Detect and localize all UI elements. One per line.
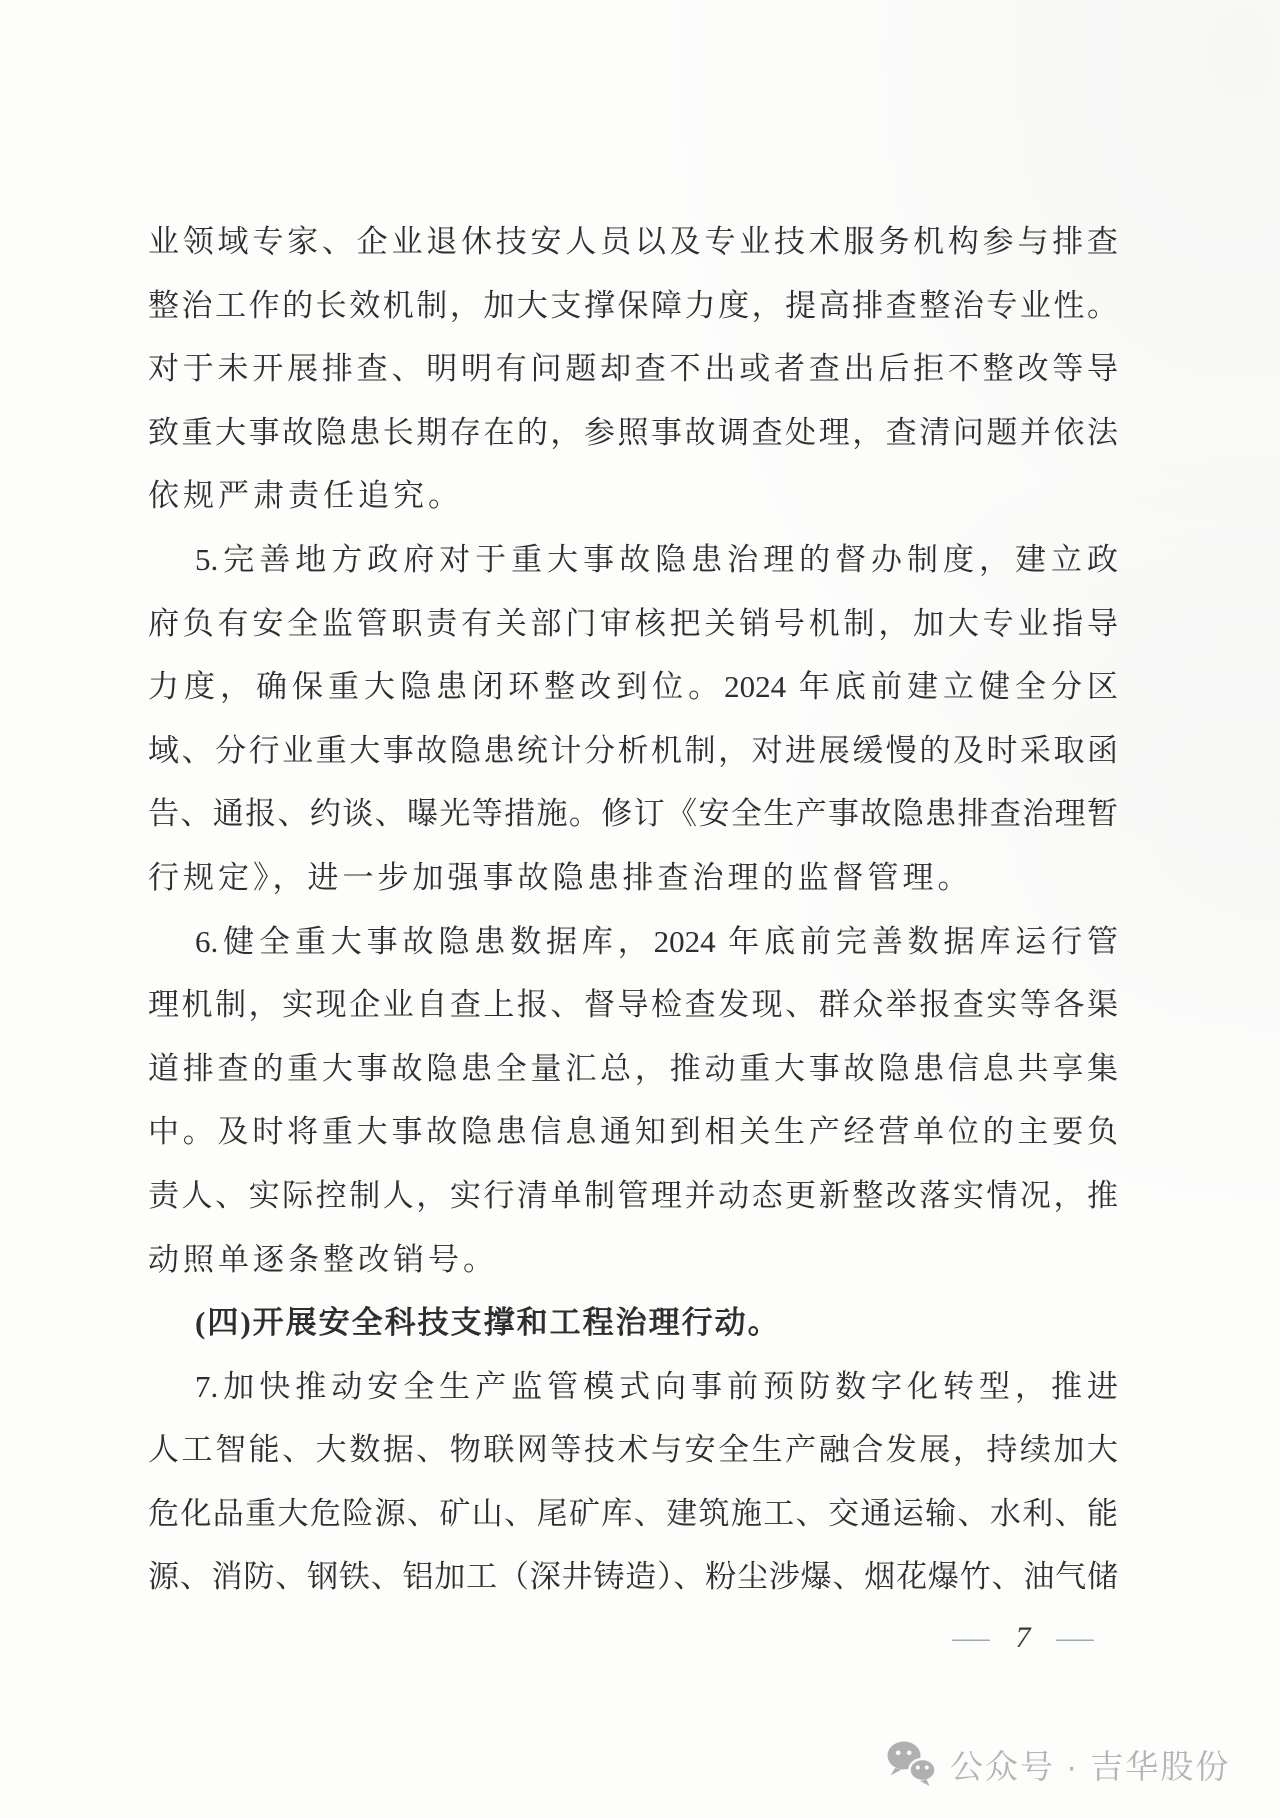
watermark-label: 公众号 · 吉华股份 [950,1741,1230,1788]
text-line: 人工智能、大数据、物联网等技术与安全生产融合发展，持续加大 [148,1418,1118,1482]
text-line: 力度，确保重大隐患闭环整改到位。2024 年底前建立健全分区 [148,655,1118,719]
watermark: 公众号 · 吉华股份 [884,1740,1230,1788]
text-line: 业领域专家、企业退休技安人员以及专业技术服务机构参与排查 [148,210,1118,274]
text-line: 行规定》，进一步加强事故隐患排查治理的监督管理。 [148,846,1118,910]
text-line: 危化品重大危险源、矿山、尾矿库、建筑施工、交通运输、水利、能 [148,1482,1118,1546]
text-line: 告、通报、约谈、曝光等措施。修订《安全生产事故隐患排查治理暂 [148,782,1118,846]
text-line: 中。及时将重大事故隐患信息通知到相关生产经营单位的主要负 [148,1100,1118,1164]
document-page: 业领域专家、企业退休技安人员以及专业技术服务机构参与排查整治工作的长效机制，加大… [0,0,1280,1818]
page-number-dash-left: — [952,1621,990,1655]
text-line: 依规严肃责任追究。 [148,464,1118,528]
document-lines: 业领域专家、企业退休技安人员以及专业技术服务机构参与排查整治工作的长效机制，加大… [148,210,1118,1609]
text-line: (四)开展安全科技支撑和工程治理行动。 [148,1291,1118,1355]
page-number-value: 7 [1016,1621,1031,1655]
page-number: — 7 — [956,1616,1090,1660]
text-line: 道排查的重大事故隐患全量汇总，推动重大事故隐患信息共享集 [148,1037,1118,1101]
page-number-dash-right: — [1056,1621,1094,1655]
text-line: 7.加快推动安全生产监管模式向事前预防数字化转型，推进 [148,1355,1118,1419]
text-line: 5.完善地方政府对于重大事故隐患治理的督办制度，建立政 [148,528,1118,592]
text-line: 6.健全重大事故隐患数据库，2024 年底前完善数据库运行管 [148,910,1118,974]
text-line: 对于未开展排查、明明有问题却查不出或者查出后拒不整改等导 [148,337,1118,401]
text-line: 整治工作的长效机制，加大支撑保障力度，提高排查整治专业性。 [148,274,1118,338]
text-line: 源、消防、钢铁、铝加工（深井铸造）、粉尘涉爆、烟花爆竹、油气储 [148,1545,1118,1609]
text-line: 理机制，实现企业自查上报、督导检查发现、群众举报查实等各渠 [148,973,1118,1037]
text-line: 责人、实际控制人，实行清单制管理并动态更新整改落实情况，推 [148,1164,1118,1228]
text-line: 动照单逐条整改销号。 [148,1228,1118,1292]
text-line: 域、分行业重大事故隐患统计分析机制，对进展缓慢的及时采取函 [148,719,1118,783]
wechat-icon [884,1740,938,1788]
text-line: 致重大事故隐患长期存在的，参照事故调查处理，查清问题并依法 [148,401,1118,465]
text-line: 府负有安全监管职责有关部门审核把关销号机制，加大专业指导 [148,592,1118,656]
